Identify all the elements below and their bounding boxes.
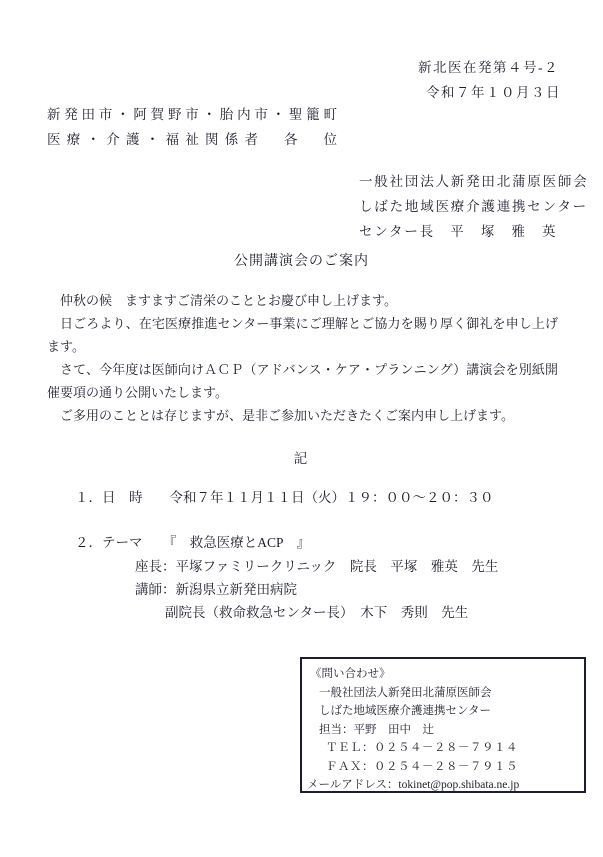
item-chair: 座長：平塚ファミリークリニック 院長 平塚 雅英 先生 <box>135 555 498 575</box>
body-paragraph: さて、今年度は医師向けＡＣＰ（アドバンス・ケア・プランニング）講演会を別紙開催要… <box>47 358 558 404</box>
body-paragraph: 日ごろより、在宅医療推進センター事業にご理解とご協力を賜り厚く御礼を申し上げます… <box>47 312 558 358</box>
contact-organization: 一般社団法人新発田北蒲原医師会 <box>302 684 584 703</box>
ki-heading: 記 <box>0 447 603 467</box>
contact-tel: ＴＥＬ：０２５４－２８－７９１４ <box>302 739 584 758</box>
body-paragraph: ご多用のこととは存じますが、是非ご参加いただきたくご案内申し上げます。 <box>47 404 558 427</box>
sender-block: 一般社団法人新発田北蒲原医師会 しばた地域医療介護連携センター センター長 平 … <box>359 170 589 244</box>
contact-heading: 《問い合わせ》 <box>302 665 584 684</box>
contact-center: しばた地域医療介護連携センター <box>302 702 584 721</box>
issue-date: 令和７年１０月３日 <box>426 81 561 101</box>
addressee-recipients: 医療・介護・福祉関係者 各 位 <box>47 128 337 148</box>
letter-body: 仲秋の候 ますますご清栄のこととお慶び申し上げます。 日ごろより、在宅医療推進セ… <box>47 289 558 427</box>
reference-number: 新北医在発第４号‐２ <box>418 56 559 76</box>
sender-name: センター長 平 塚 雅 英 <box>359 220 589 245</box>
item-lecturer-name: 副院長（救命救急センター長） 木下 秀則 先生 <box>165 601 468 621</box>
contact-fax: ＦＡＸ：０２５４－２８－７９１５ <box>302 758 584 777</box>
addressee-municipalities: 新発田市・阿賀野市・胎内市・聖籠町 <box>47 103 337 123</box>
page-title: 公開講演会のご案内 <box>0 250 603 270</box>
item-lecturer-org: 講師：新潟県立新発田病院 <box>135 578 297 598</box>
contact-staff: 担当：平野 田中 辻 <box>302 721 584 740</box>
sender-center: しばた地域医療介護連携センター <box>359 195 589 220</box>
document-page: 新北医在発第４号‐２ 令和７年１０月３日 新発田市・阿賀野市・胎内市・聖籠町 医… <box>0 0 603 857</box>
item-theme: ２．テーマ 『 救急医療とACP 』 <box>75 531 310 551</box>
contact-email: メールアドレス：tokinet@pop.shibata.ne.jp <box>302 776 584 795</box>
sender-organization: 一般社団法人新発田北蒲原医師会 <box>359 170 589 195</box>
item-datetime: １．日 時 令和７年１１月１１日（火）１９：００～２０：３０ <box>75 486 494 506</box>
body-paragraph: 仲秋の候 ますますご清栄のこととお慶び申し上げます。 <box>47 289 558 312</box>
contact-box: 《問い合わせ》 一般社団法人新発田北蒲原医師会 しばた地域医療介護連携センター … <box>300 657 586 793</box>
